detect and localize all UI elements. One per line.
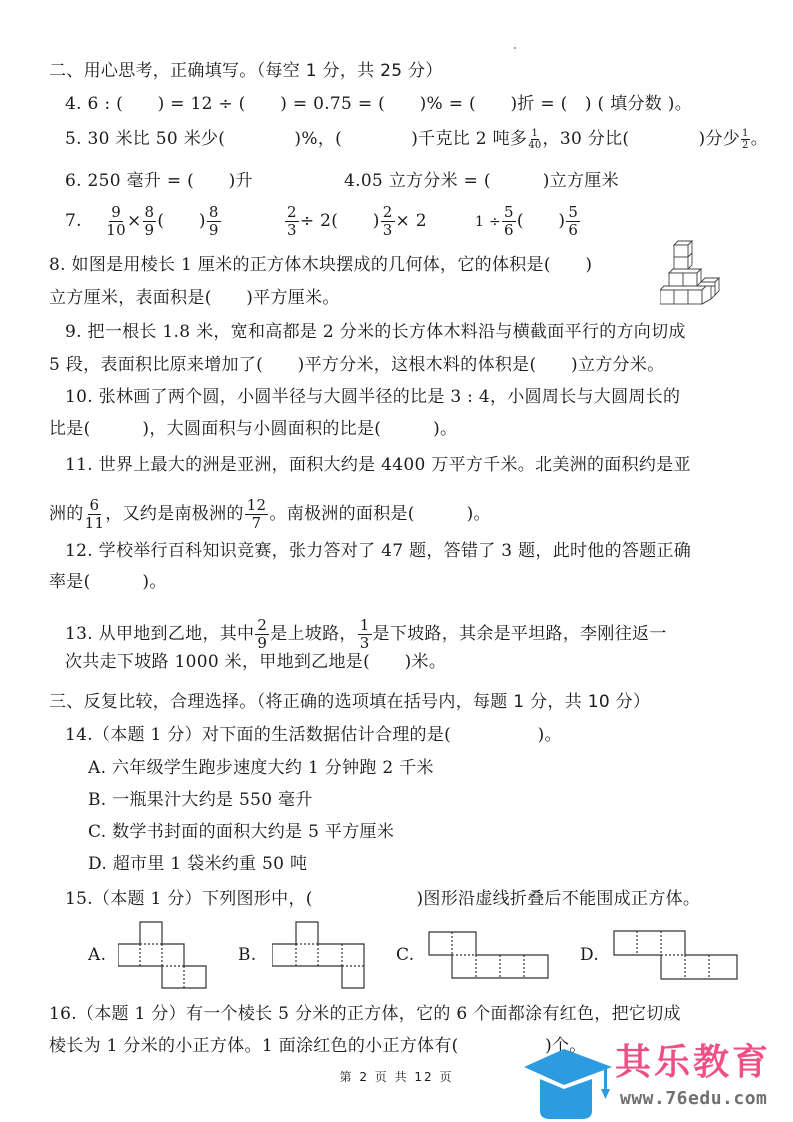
denominator: 6 — [568, 222, 578, 239]
fraction: 611 — [85, 497, 105, 532]
denominator: 11 — [85, 515, 105, 532]
exam-page: 二、用心思考，正确填写。（每空 1 分，共 25 分） 4. 6 : ( ) =… — [0, 0, 793, 1122]
numerator: 1 — [531, 128, 540, 140]
denominator: 9 — [257, 635, 267, 652]
numerator: 12 — [245, 497, 269, 515]
fraction: 23 — [381, 204, 395, 239]
fraction: 23 — [285, 204, 299, 239]
q14-option-b[interactable]: B. 一瓶果汁大约是 550 毫升 — [88, 789, 313, 811]
q13-text-a: 13. 从甲地到乙地，其中 — [65, 624, 254, 644]
question-9-line-2: 5 段，表面积比原来增加了( )平方分米，这根木料的体积是( )立方分米。 — [49, 354, 664, 376]
operator: × 2 — [396, 211, 427, 231]
q5-text-3: 。 — [751, 129, 768, 149]
denominator: 7 — [252, 515, 262, 532]
numerator: 2 — [381, 204, 395, 222]
numerator: 2 — [285, 204, 299, 222]
fraction: 29 — [255, 617, 269, 652]
q11-text-b: ，又约是南极洲的 — [105, 504, 243, 524]
question-4: 4. 6 : ( ) = 12 ÷ ( ) = 0.75 = ( )% = ( … — [65, 93, 692, 115]
denominator: 9 — [145, 222, 155, 239]
numerator: 5 — [566, 204, 580, 222]
watermark-brand: 其乐教育 — [615, 1043, 771, 1083]
question-12-line-2: 率是( )。 — [49, 571, 167, 593]
numerator: 6 — [88, 497, 102, 515]
watermark-url: www.76edu.com — [620, 1088, 767, 1109]
fraction: 89 — [143, 204, 157, 239]
cube-net-c[interactable] — [428, 930, 550, 980]
q11-text-a: 洲的 — [49, 504, 84, 524]
numerator: 8 — [143, 204, 157, 222]
question-6-part-2: 4.05 立方分米 = ( )立方厘米 — [344, 170, 619, 192]
question-7-part-c: 1 ÷56( )56 — [475, 204, 581, 239]
section-3-title: 三、反复比较，合理选择。（将正确的选项填在括号内，每题 1 分，共 10 分） — [49, 691, 650, 713]
question-15: 15.（本题 1 分）下列图形中，( )图形沿虚线折叠后不能围成正方体。 — [65, 888, 700, 910]
denominator: 9 — [209, 222, 219, 239]
q5-text-2: ，30 分比( )分少 — [543, 129, 741, 149]
numerator: 1 — [741, 128, 750, 140]
question-14: 14.（本题 1 分）对下面的生活数据估计合理的是( )。 — [65, 724, 562, 746]
numerator: 1 — [358, 617, 372, 635]
denominator: 40 — [528, 140, 541, 151]
question-11-line-1: 11. 世界上最大的洲是亚洲，面积大约是 4400 万平方千米。北美洲的面积约是… — [65, 454, 691, 476]
q15-option-d-label[interactable]: D. — [580, 944, 599, 966]
operator: ÷ 2 — [300, 211, 331, 231]
cube-net-a[interactable] — [118, 920, 213, 990]
fraction: 127 — [245, 497, 269, 532]
fraction: 13 — [358, 617, 372, 652]
numerator: 5 — [502, 204, 516, 222]
numerator: 8 — [207, 204, 221, 222]
fraction: 140 — [528, 128, 541, 151]
denominator: 2 — [742, 140, 749, 151]
answer-blank[interactable]: ( ) — [331, 211, 379, 231]
scan-dot — [514, 47, 516, 49]
fraction: 56 — [502, 204, 516, 239]
denominator: 6 — [504, 222, 514, 239]
q15-option-a-label[interactable]: A. — [88, 944, 106, 966]
q7-label: 7. — [65, 211, 82, 231]
question-9-line-1: 9. 把一根长 1.8 米，宽和高都是 2 分米的长方体木料沿与横截面平行的方向… — [65, 321, 686, 343]
question-6: 6. 250 毫升 = ( )升 — [65, 170, 253, 192]
fraction: 89 — [207, 204, 221, 239]
question-8-line-1: 8. 如图是用棱长 1 厘米的正方体木块摆成的几何体，它的体积是( ) — [49, 254, 592, 276]
question-13-line-1: 13. 从甲地到乙地，其中29是上坡路，13是下坡路，其余是平坦路，李刚往返一 — [65, 617, 667, 652]
answer-blank[interactable]: ( ) — [517, 211, 565, 231]
denominator: 3 — [360, 635, 370, 652]
denominator: 3 — [383, 222, 393, 239]
denominator: 10 — [106, 222, 126, 239]
q14-option-c[interactable]: C. 数学书封面的面积大约是 5 平方厘米 — [88, 821, 394, 843]
question-8-line-2: 立方厘米，表面积是( )平方厘米。 — [49, 287, 340, 309]
question-16-line-1: 16.（本题 1 分）有一个棱长 5 分米的正方体，它的 6 个面都涂有红色，把… — [49, 1003, 681, 1025]
denominator: 3 — [287, 222, 297, 239]
question-16-line-2: 棱长为 1 分米的小正方体。1 面涂红色的小正方体有( )个。 — [49, 1035, 587, 1057]
question-5: 5. 30 米比 50 米少( )%，( )千克比 2 吨多140，30 分比(… — [65, 128, 768, 151]
q15-option-c-label[interactable]: C. — [396, 944, 414, 966]
numerator: 2 — [255, 617, 269, 635]
numerator: 9 — [109, 204, 123, 222]
cube-net-b[interactable] — [272, 920, 367, 990]
cube-stack-figure — [660, 240, 724, 310]
section-2-title: 二、用心思考，正确填写。（每空 1 分，共 25 分） — [49, 60, 443, 82]
q11-text-c: 。南极洲的面积是( )。 — [269, 504, 490, 524]
q13-text-c: 是下坡路，其余是平坦路，李刚往返一 — [373, 624, 667, 644]
cube-net-d[interactable] — [613, 929, 739, 981]
question-10-line-2: 比是( )，大圆面积与小圆面积的比是( )。 — [49, 418, 457, 440]
answer-blank[interactable]: ( ) — [157, 211, 205, 231]
operator: × — [127, 211, 142, 231]
q5-text-1: 5. 30 米比 50 米少( )%，( )千克比 2 吨多 — [65, 129, 527, 149]
fraction: 56 — [566, 204, 580, 239]
question-7: 7. 910×89( )89 — [65, 204, 222, 239]
question-7-part-b: 23÷ 2( )23× 2 — [284, 204, 427, 239]
q13-text-b: 是上坡路， — [270, 624, 357, 644]
operator: 1 ÷ — [475, 214, 501, 230]
fraction: 12 — [741, 128, 750, 151]
q14-option-d[interactable]: D. 超市里 1 袋米约重 50 吨 — [88, 853, 307, 875]
question-10-line-1: 10. 张林画了两个圆，小圆半径与大圆半径的比是 3 : 4，小圆周长与大圆周长… — [65, 386, 680, 408]
q6-text-1: 6. 250 毫升 = ( )升 — [65, 171, 253, 191]
question-11-line-2: 洲的611，又约是南极洲的127。南极洲的面积是( )。 — [49, 497, 491, 532]
question-13-line-2: 次共走下坡路 1000 米，甲地到乙地是( )米。 — [65, 651, 446, 673]
q15-option-b-label[interactable]: B. — [238, 944, 257, 966]
question-12-line-1: 12. 学校举行百科知识竞赛，张力答对了 47 题，答错了 3 题，此时他的答题… — [65, 540, 691, 562]
q14-option-a[interactable]: A. 六年级学生跑步速度大约 1 分钟跑 2 千米 — [88, 757, 434, 779]
fraction: 910 — [106, 204, 126, 239]
